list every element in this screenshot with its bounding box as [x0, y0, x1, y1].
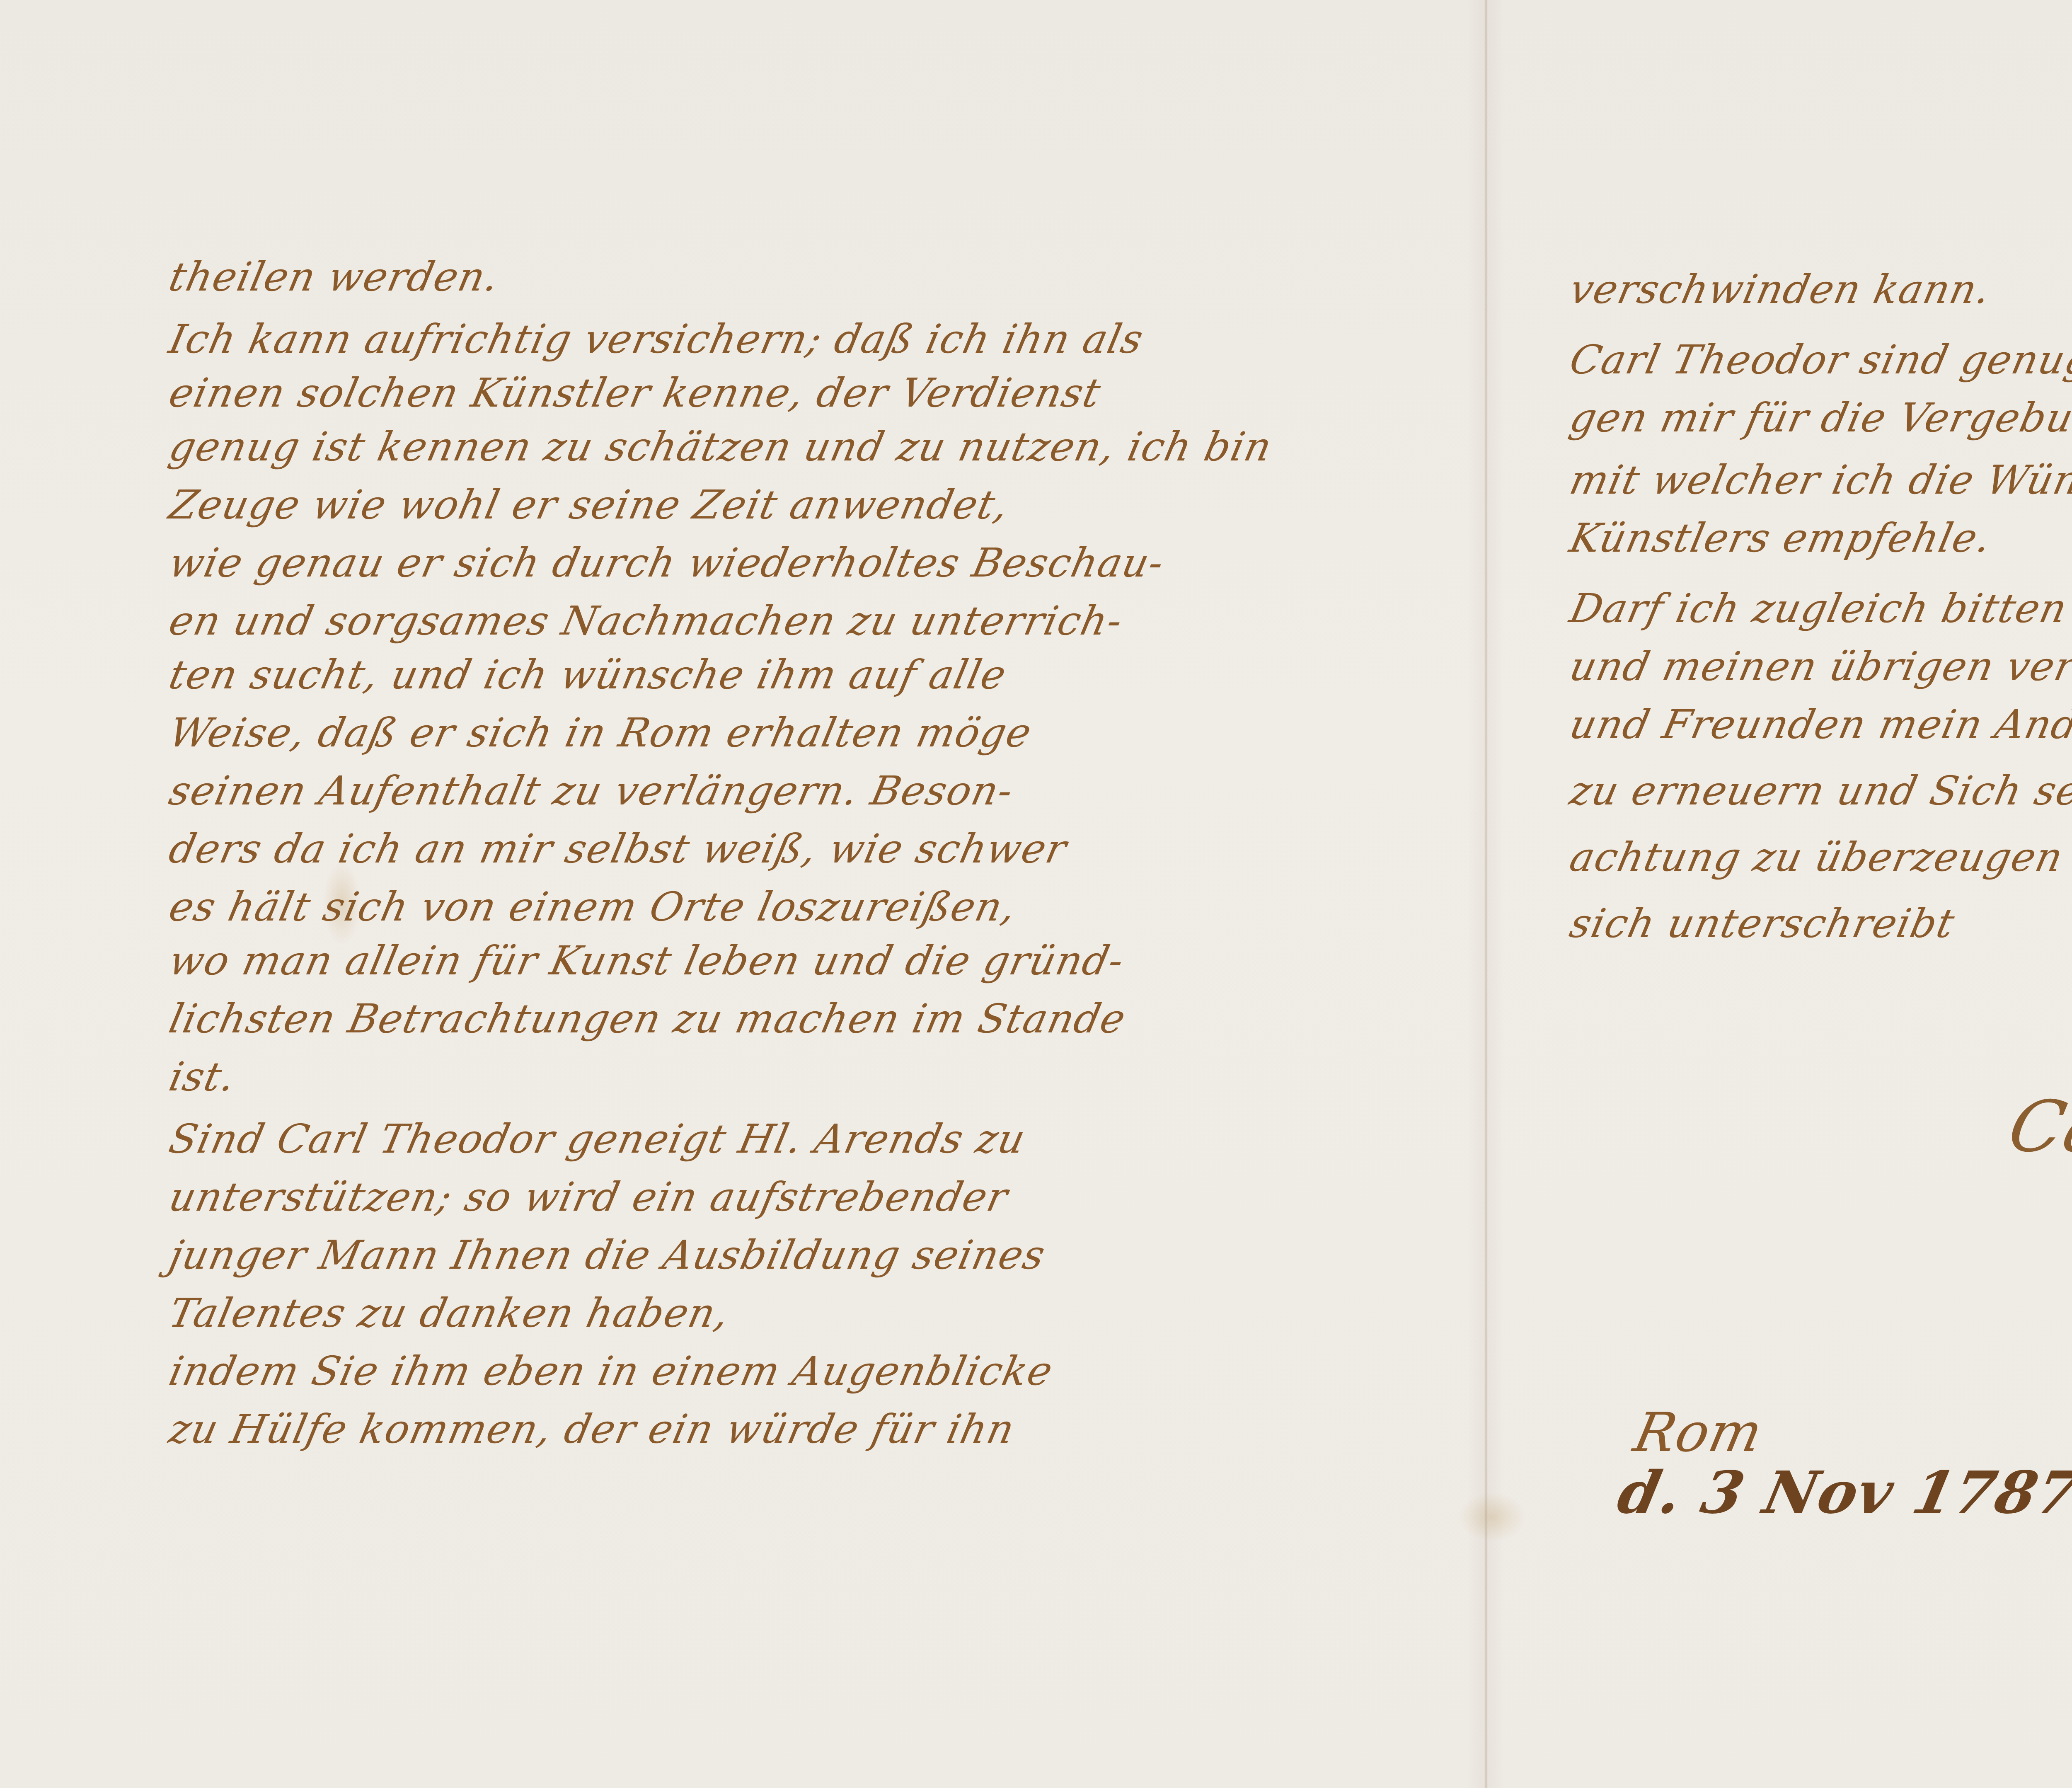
left-line-20: indem Sie ihm eben in einem Augenblicke	[166, 1351, 1057, 1391]
left-line-12: es hält sich von einem Orte loszureißen,	[166, 887, 1020, 927]
left-line-6: wie genau er sich durch wiederholtes Bes…	[166, 543, 1168, 583]
left-line-3: einen solchen Künstler kenne, der Verdie…	[166, 373, 1104, 413]
right-page: verschwinden kann. Carl Theodor sind gen…	[1488, 0, 2072, 1788]
right-line-9: zu erneuern und Sich selbst der lebhafte…	[1566, 771, 2072, 811]
left-line-11: ders da ich an mir selbst weiß, wie schw…	[166, 829, 1070, 869]
left-line-19: Talentes zu danken haben,	[166, 1293, 733, 1333]
left-line-5: Zeuge wie wohl er seine Zeit anwendet,	[166, 485, 1012, 525]
left-line-17: unterstützen; so wird ein aufstrebender	[166, 1177, 1012, 1217]
left-line-15: ist.	[166, 1057, 239, 1097]
right-line-3: gen mir für die Vergebung der Freyheit,	[1566, 398, 2072, 438]
left-line-8: ten sucht, und ich wünsche ihm auf alle	[166, 655, 1010, 695]
left-line-16: Sind Carl Theodor geneigt Hl. Arends zu	[166, 1119, 1029, 1159]
left-line-2: Ich kann aufrichtig versichern; daß ich …	[166, 319, 1147, 359]
letter-place: Rom	[1629, 1401, 1769, 1464]
addressee-name: Carl Theodor	[2002, 1086, 2072, 1168]
right-line-8: und Freunden mein Andenken angelegentlic…	[1566, 705, 2072, 744]
right-line-11: sich unterschreibt	[1566, 904, 1958, 943]
left-page: theilen werden. Ich kann aufrichtig vers…	[0, 0, 1484, 1788]
left-line-18: junger Mann Ihnen die Ausbildung seines	[166, 1235, 1049, 1275]
left-line-10: seinen Aufenthalt zu verlängern. Beson-	[166, 771, 1017, 811]
right-line-10: achtung zu überzeugen desjenigen der	[1566, 837, 2072, 877]
letter-date: d. 3 Nov 1787.	[1612, 1459, 2072, 1527]
left-line-9: Weise, daß er sich in Rom erhalten möge	[166, 713, 1035, 753]
center-fold	[1484, 0, 1488, 1788]
right-line-1: verschwinden kann.	[1566, 269, 1995, 309]
letter-sheet: theilen werden. Ich kann aufrichtig vers…	[0, 0, 2072, 1788]
left-line-4: genug ist kennen zu schätzen und zu nutz…	[166, 427, 1276, 467]
left-line-14: lichsten Betrachtungen zu machen im Stan…	[166, 999, 1130, 1039]
right-line-6: Darf ich zugleich bitten der Frau Gemahl…	[1566, 589, 2072, 628]
left-line-7: en und sorgsames Nachmachen zu unterrich…	[166, 601, 1126, 641]
right-line-4: mit welcher ich die Wünsche eines braven	[1566, 460, 2072, 500]
right-line-7: und meinen übrigen verehrungswürdigsten …	[1566, 647, 2072, 686]
left-line-13: wo man allein für Kunst leben und die gr…	[166, 941, 1128, 981]
right-line-2: Carl Theodor sind genug bekannte Gesinnu…	[1566, 340, 2072, 380]
right-line-5: Künstlers empfehle.	[1566, 518, 1995, 558]
left-line-1: theilen werden.	[166, 257, 503, 297]
left-line-21: zu Hülfe kommen, der ein würde für ihn	[166, 1409, 1018, 1449]
